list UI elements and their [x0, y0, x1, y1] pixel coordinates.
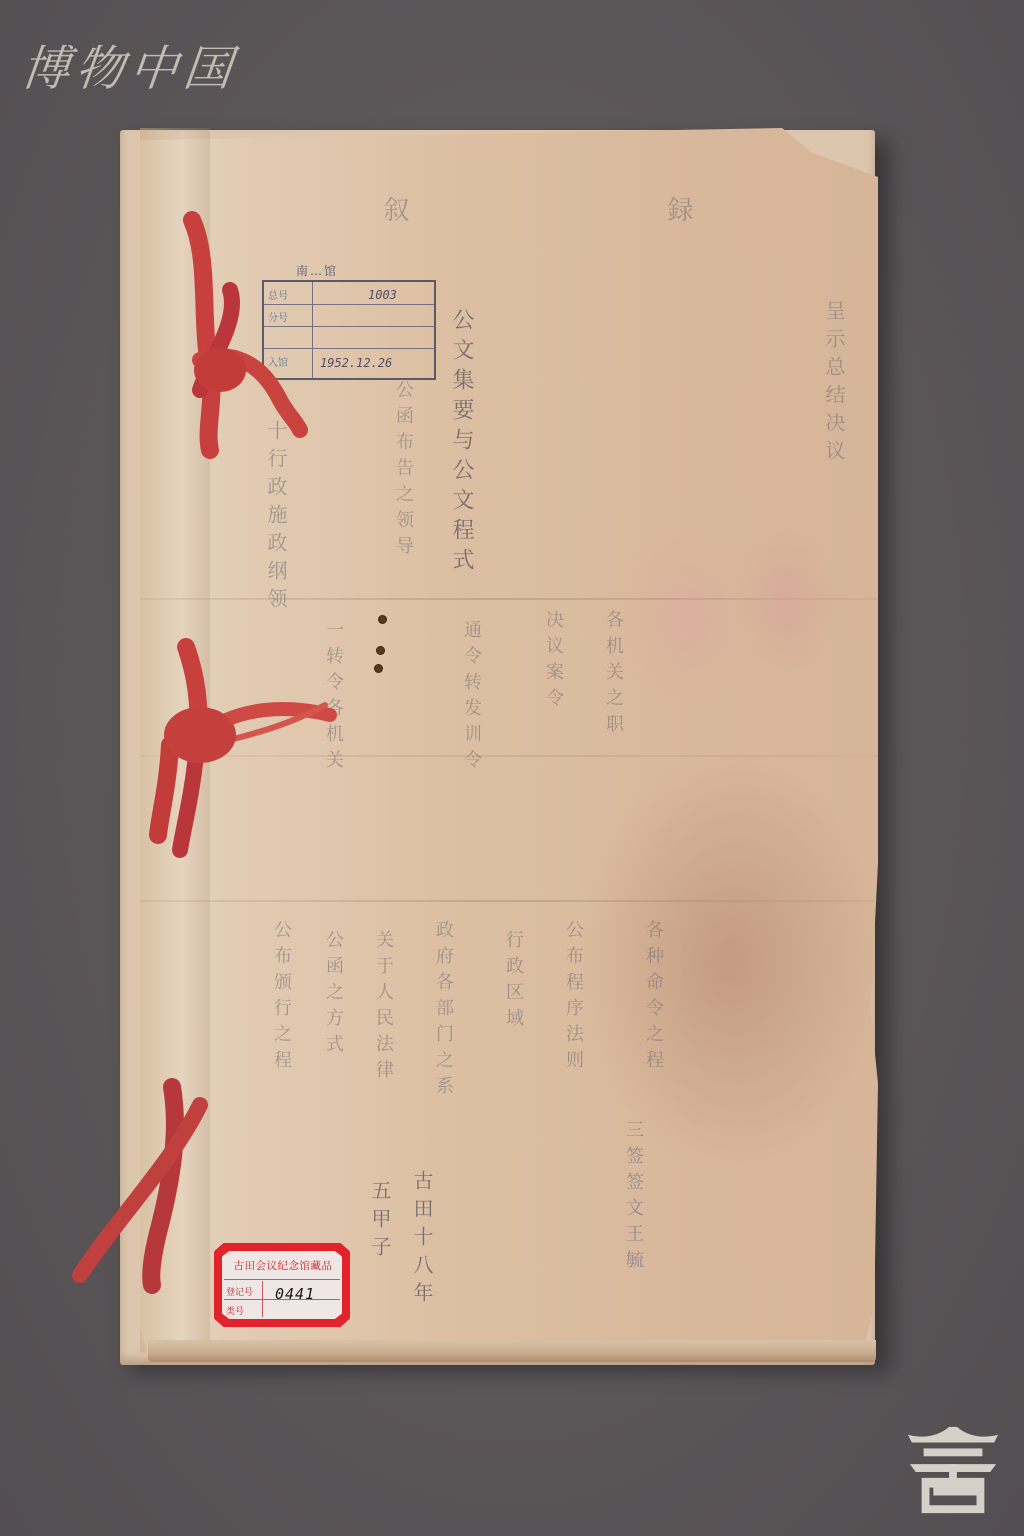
category-label: 类号 — [226, 1304, 244, 1317]
stamp-date: 1952.12.26 — [320, 356, 392, 370]
heading-mark: 叙 — [376, 196, 413, 230]
handwritten-column: 五甲子 — [366, 1180, 395, 1264]
page-fold-line — [140, 900, 878, 902]
red-string-tie — [60, 1075, 220, 1295]
handwritten-column: 决议案令 — [540, 610, 566, 714]
handwritten-column: 呈示总结决议 — [820, 300, 849, 468]
label-row-line — [224, 1279, 340, 1280]
faded-red-seal — [730, 520, 840, 680]
brand-watermark: 博物中国 — [18, 30, 241, 99]
handwritten-column: 三签签文王毓 — [620, 1120, 646, 1276]
binding-hole — [374, 664, 383, 673]
handwritten-column: 各种命令之程 — [640, 920, 666, 1076]
handwritten-column: 各机关之职 — [600, 610, 626, 740]
stamp-number: 1003 — [368, 288, 397, 302]
handwritten-column: 行政区域 — [500, 930, 526, 1034]
registration-label: 登记号 — [226, 1285, 253, 1298]
handwritten-column: 政府各部门之系 — [430, 920, 456, 1102]
heading-mark: 録 — [660, 196, 697, 230]
museum-pavilion-logo-icon — [904, 1422, 1002, 1518]
red-string-tie — [170, 200, 320, 460]
handwritten-column: 公函布告之领导 — [390, 380, 416, 562]
handwritten-column: 古田十八年 — [408, 1170, 437, 1310]
collection-label-title: 古田会议纪念馆藏品 — [226, 1258, 340, 1273]
handwritten-column: 公函之方式 — [320, 930, 346, 1060]
registration-number: 0441 — [275, 1285, 315, 1303]
handwritten-column: 公布颁行之程 — [268, 920, 294, 1076]
binding-hole — [376, 646, 385, 655]
red-string-tie — [140, 635, 340, 865]
handwritten-column: 公文集要与公文程式 — [446, 308, 477, 578]
page-bottom-edge — [148, 1340, 876, 1362]
handwritten-column: 通令转发训令 — [458, 620, 484, 776]
binding-hole — [378, 615, 387, 624]
handwritten-column: 公布程序法则 — [560, 920, 586, 1076]
label-divider — [262, 1281, 263, 1317]
handwritten-column: 关于人民法律 — [370, 930, 396, 1086]
